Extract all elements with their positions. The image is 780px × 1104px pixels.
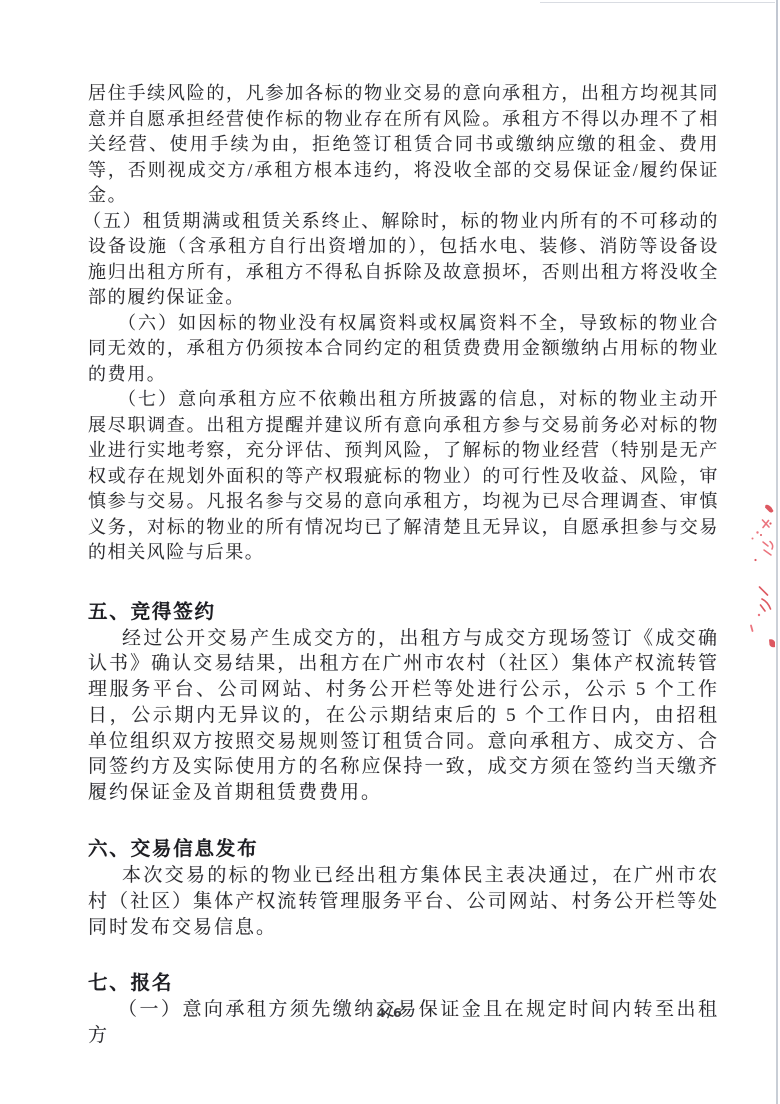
section-heading: 六、交易信息发布 — [88, 837, 719, 863]
paragraph: 居住手续风险的，凡参加各标的物业交易的意向承租方，出租方均视其同意并自愿承担经营… — [88, 81, 719, 209]
document-sections: 五、竞得签约经过公开交易产生成交方的，出租方与成交方现场签订《成交确认书》确认交… — [88, 600, 719, 1050]
document-content: 居住手续风险的，凡参加各标的物业交易的意向承租方，出租方均视其同意并自愿承担经营… — [88, 81, 719, 1049]
paragraph: 本次交易的标的物业已经出租方集体民主表决通过，在广州市农村（社区）集体产权流转管… — [88, 863, 719, 940]
page-number: 4/6 — [377, 1005, 403, 1020]
paragraph: （六）如因标的物业没有权属资料或权属资料不全，导致标的物业合同无效的，承租方仍须… — [88, 311, 719, 388]
red-ink-marks — [748, 498, 780, 654]
intro-paragraphs: 居住手续风险的，凡参加各标的物业交易的意向承租方，出租方均视其同意并自愿承担经营… — [88, 81, 719, 566]
page-footer: 4/6 — [0, 1004, 780, 1022]
scan-edge-top-line — [540, 2, 775, 3]
section-heading: 五、竞得签约 — [88, 600, 719, 626]
paragraph: （七）意向承租方应不依赖出租方所披露的信息，对标的物业主动开展尽职调查。出租方提… — [88, 387, 719, 566]
document-section: 五、竞得签约经过公开交易产生成交方的，出租方与成交方现场签订《成交确认书》确认交… — [88, 600, 719, 807]
paragraph: （五）租赁期满或租赁关系终止、解除时，标的物业内所有的不可移动的设备设施（含承租… — [88, 209, 719, 311]
section-heading: 七、报名 — [88, 971, 719, 997]
document-section: 六、交易信息发布本次交易的标的物业已经出租方集体民主表决通过，在广州市农村（社区… — [88, 837, 719, 940]
paragraph: 经过公开交易产生成交方的，出租方与成交方现场签订《成交确认书》确认交易结果，出租… — [88, 626, 719, 807]
